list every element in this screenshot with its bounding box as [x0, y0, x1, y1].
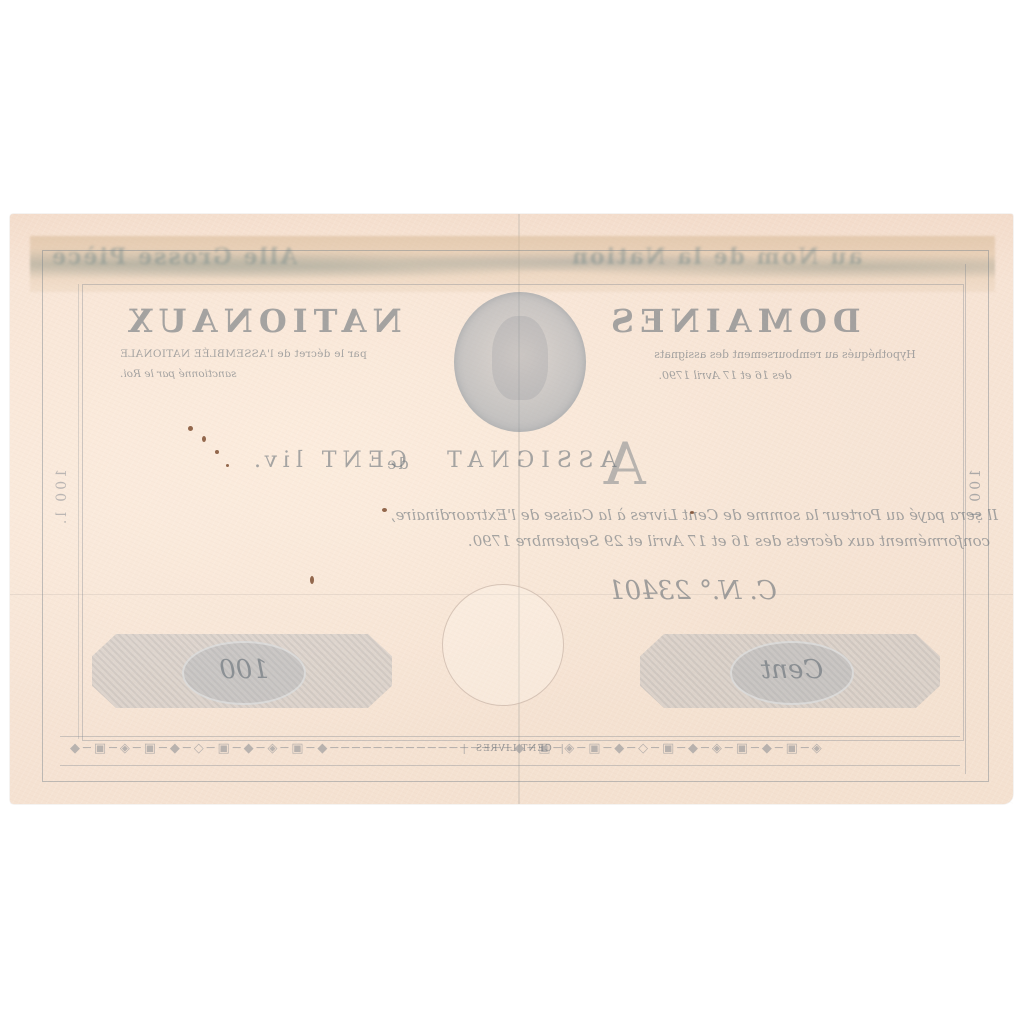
dry-seal-embossing — [442, 584, 564, 706]
subtitle-right-1: Hypothéqués au remboursement des assigna… — [600, 348, 970, 361]
foxing-spot — [382, 508, 387, 512]
foxing-spot — [202, 436, 206, 442]
value-cartouche-left: 100 — [92, 634, 392, 708]
body-text-line-2: conformément aux décrets des 16 et 17 Av… — [330, 532, 990, 550]
title-domaines: DOMAINES — [605, 302, 861, 340]
foxing-spot — [690, 511, 694, 514]
cartouche-oval-right: Cent — [730, 641, 854, 705]
side-text-left: 100 l. — [54, 469, 72, 527]
cartouche-value-left: 100 — [184, 655, 304, 685]
serial-number: C. N.° 23401 — [608, 576, 777, 606]
cartouche-value-right: Cent — [732, 655, 852, 685]
value-cartouche-right: Cent — [640, 634, 940, 708]
foxing-spot — [188, 426, 193, 431]
foxing-spot — [215, 450, 219, 454]
date-line: des 16 et 17 Avril 1790. — [600, 369, 850, 382]
title-nationaux: NATIONAUX — [122, 302, 402, 340]
cartouche-oval-left: 100 — [182, 641, 306, 705]
foxing-spot — [310, 576, 314, 584]
heading-cent: CENT liv. — [248, 448, 407, 473]
bottom-label: CENT LIVRES — [464, 744, 563, 754]
banknote: Alle Grosse Pièce au Nom de la Nation 10… — [10, 214, 1013, 804]
royal-portrait-medallion — [454, 292, 586, 432]
foxing-spot — [226, 464, 229, 467]
heading-assignat: ASSIGNAT — [440, 448, 617, 473]
ornament-row: ◆─▣─◈─▣─◆─◇─▣─◆─◈─▣─◆─────────────────◆─… — [70, 741, 825, 756]
subtitle-left-2: sanctionné par le Roi. — [120, 368, 370, 380]
portrait-face — [492, 316, 548, 400]
subtitle-left-1: par le décret de l'ASSEMBLÉE NATIONALE — [120, 348, 448, 360]
